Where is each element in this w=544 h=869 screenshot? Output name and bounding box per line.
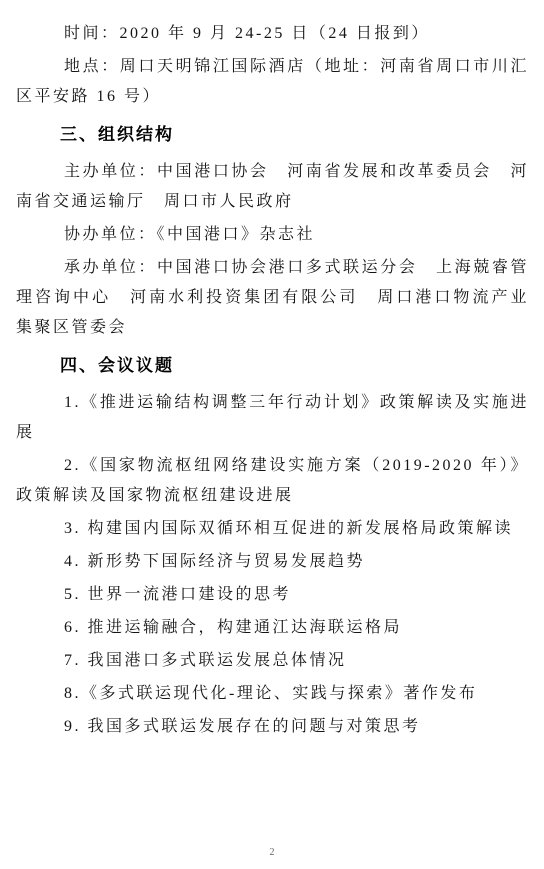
paragraph-undertaker-units: 承办单位：中国港口协会港口多式联运分会 上海兢睿管理咨询中心 河南水利投资集团有… [16,253,529,343]
document-page: 时间：2020 年 9 月 24-25 日（24 日报到） 地点：周口天明锦江国… [0,0,544,869]
section-heading-organization: 三、组织结构 [16,120,529,150]
paragraph-location: 地点：周口天明锦江国际酒店（地址：河南省周口市川汇区平安路 16 号） [16,52,529,112]
agenda-item-9: 9. 我国多式联运发展存在的问题与对策思考 [16,712,529,742]
section-heading-agenda: 四、会议议题 [16,351,529,381]
agenda-item-5: 5. 世界一流港口建设的思考 [16,580,529,610]
agenda-item-6: 6. 推进运输融合，构建通江达海联运格局 [16,613,529,643]
page-number: 2 [0,847,544,859]
paragraph-host-units: 主办单位：中国港口协会 河南省发展和改革委员会 河南省交通运输厅 周口市人民政府 [16,157,529,217]
agenda-item-3: 3. 构建国内国际双循环相互促进的新发展格局政策解读 [16,514,529,544]
agenda-item-8: 8.《多式联运现代化-理论、实践与探索》著作发布 [16,679,529,709]
paragraph-time: 时间：2020 年 9 月 24-25 日（24 日报到） [16,19,529,49]
document-content: 时间：2020 年 9 月 24-25 日（24 日报到） 地点：周口天明锦江国… [16,19,529,745]
agenda-item-1: 1.《推进运输结构调整三年行动计划》政策解读及实施进展 [16,388,529,448]
agenda-item-4: 4. 新形势下国际经济与贸易发展趋势 [16,547,529,577]
agenda-item-2: 2.《国家物流枢纽网络建设实施方案（2019-2020 年）》政策解读及国家物流… [16,451,529,511]
paragraph-co-organizer: 协办单位：《中国港口》杂志社 [16,220,529,250]
agenda-item-7: 7. 我国港口多式联运发展总体情况 [16,646,529,676]
